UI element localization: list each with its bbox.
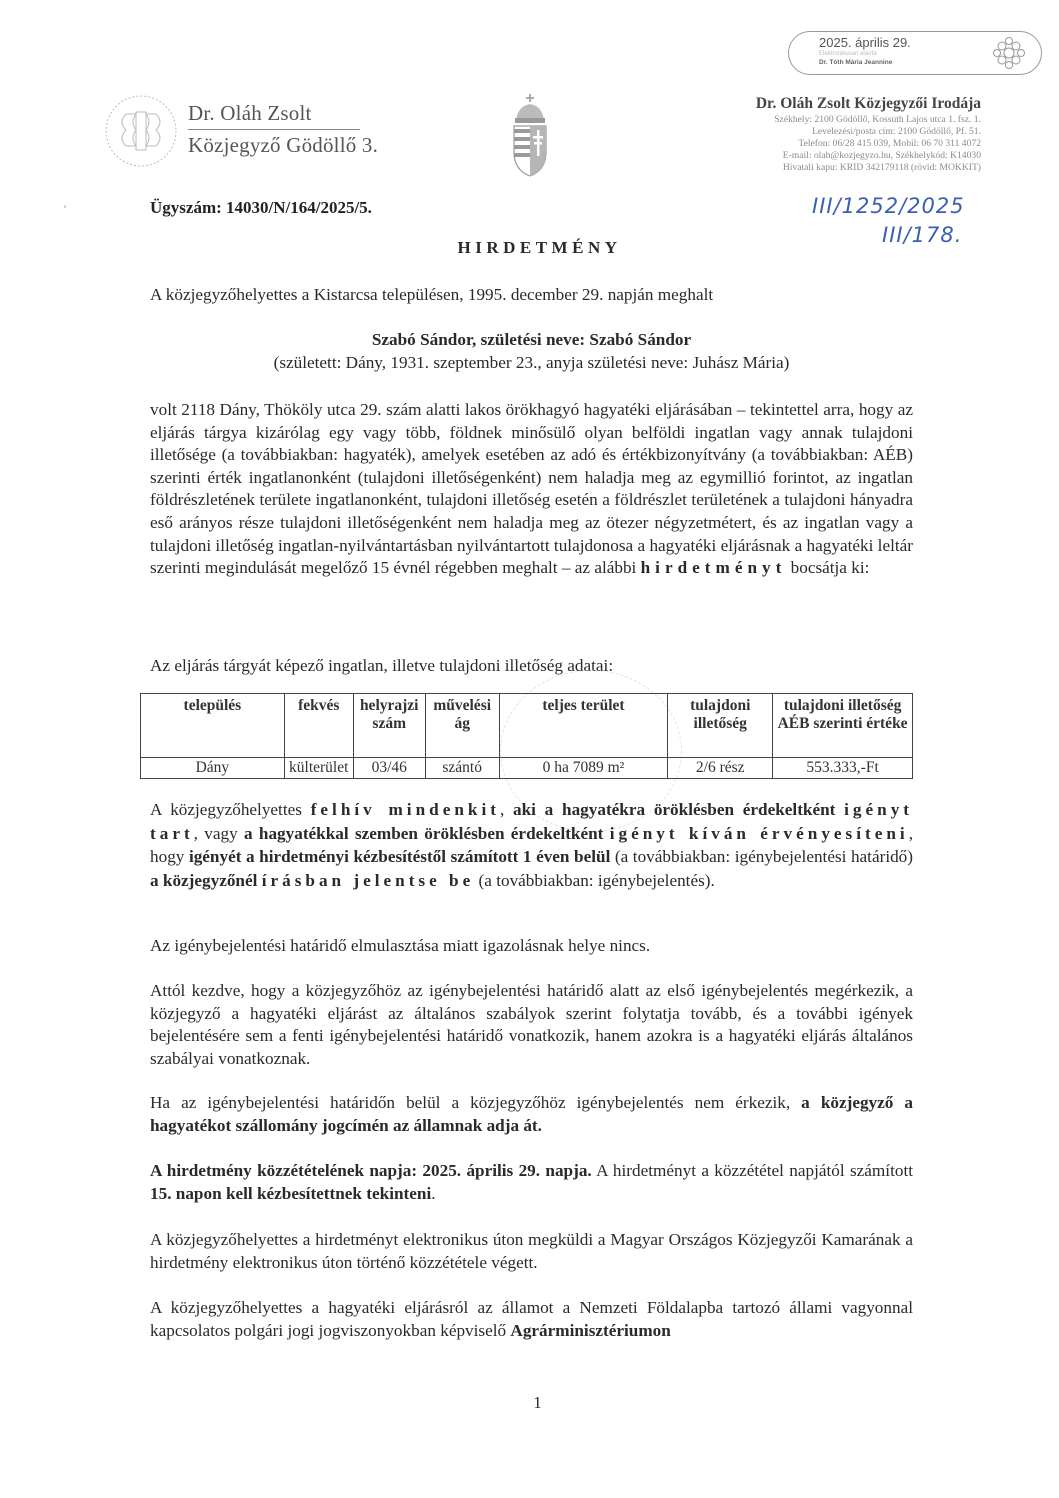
no-claim-paragraph: Ha az igénybejelentési határidőn belül a…: [150, 1092, 913, 1137]
electronic-delivery-paragraph: A közjegyzőhelyettes a hirdetményt elekt…: [150, 1229, 913, 1274]
col-aeb-ertek: tulajdoni illetőség AÉB szerinti értéke: [773, 694, 913, 758]
publication-paragraph: A hirdetmény közzétételének napja: 2025.…: [150, 1160, 913, 1205]
col-teljes-terulet: teljes terület: [499, 694, 668, 758]
table-row: Dány külterület 03/46 szántó 0 ha 7089 m…: [141, 758, 913, 779]
intro-text: A közjegyzőhelyettes a Kistarcsa települ…: [150, 284, 913, 307]
table-intro: Az eljárás tárgyát képező ingatlan, ille…: [150, 655, 913, 678]
seal-icon: [991, 34, 1027, 72]
scan-mark: ': [64, 202, 66, 217]
first-claim-paragraph: Attól kezdve, hogy a közjegyzőhöz az igé…: [150, 980, 913, 1070]
property-table: település fekvés helyrajzi szám művelési…: [140, 693, 913, 779]
col-helyrajzi-szam: helyrajzi szám: [353, 694, 425, 758]
col-fekves: fekvés: [284, 694, 353, 758]
handwritten-reference-1: III/1252/2025: [812, 194, 965, 218]
col-telepules: település: [141, 694, 285, 758]
emphasis-hirdetmenyt: hirdetményt: [641, 558, 787, 577]
table-header-row: település fekvés helyrajzi szám művelési…: [141, 694, 913, 758]
no-excuse-paragraph: Az igénybejelentési határidő elmulasztás…: [150, 935, 913, 958]
ministry-paragraph: A közjegyzőhelyettes a hagyatéki eljárás…: [150, 1297, 913, 1342]
notary-seal-icon: [104, 92, 178, 170]
letterhead-divider: [188, 129, 360, 130]
page-number: 1: [0, 1393, 1059, 1413]
signature-date: 2025. április 29.: [819, 35, 911, 50]
deceased-name: Szabó Sándor, születési neve: Szabó Sánd…: [150, 329, 913, 352]
office-title: Dr. Oláh Zsolt Közjegyzői Irodája: [756, 95, 981, 113]
office-postal: Levelezési/posta cím: 2100 Gödöllő, Pf. …: [756, 126, 981, 138]
notary-office: Közjegyző Gödöllő 3.: [188, 133, 378, 158]
office-address: Székhely: 2100 Gödöllő, Kossuth Lajos ut…: [756, 114, 981, 126]
signer-name: Dr. Tóth Mária Jeannine: [819, 59, 892, 66]
office-letterhead: Dr. Oláh Zsolt Közjegyzői Irodája Székhe…: [756, 95, 981, 174]
col-tulajdoni-illetoseg: tulajdoni illetőség: [668, 694, 773, 758]
deceased-birth-info: (született: Dány, 1931. szeptember 23., …: [150, 352, 913, 375]
electronic-signature-stamp: 2025. április 29. Elektronikusan aláírta…: [788, 31, 1042, 75]
col-muvelesi-ag: művelési ág: [425, 694, 499, 758]
signature-subtitle: Elektronikusan aláírta: [819, 51, 877, 57]
document-heading: HIRDETMÉNY: [0, 238, 1059, 258]
body-paragraph-1: volt 2118 Dány, Thököly utca 29. szám al…: [150, 399, 913, 580]
case-number: Ügyszám: 14030/N/164/2025/5.: [150, 198, 372, 218]
hungarian-coat-of-arms-icon: [510, 90, 550, 182]
call-for-claims-paragraph: A közjegyzőhelyettes felhív mindenkit, a…: [150, 798, 913, 892]
notary-name: Dr. Oláh Zsolt: [188, 101, 312, 126]
office-gateway: Hivatali kapu: KRID 342179118 (rövid: MO…: [756, 162, 981, 174]
office-phone: Telefon: 06/28 415 039, Mobil: 06 70 311…: [756, 138, 981, 150]
office-email: E-mail: olah@kozjegyzo.hu, Székhelykód: …: [756, 150, 981, 162]
